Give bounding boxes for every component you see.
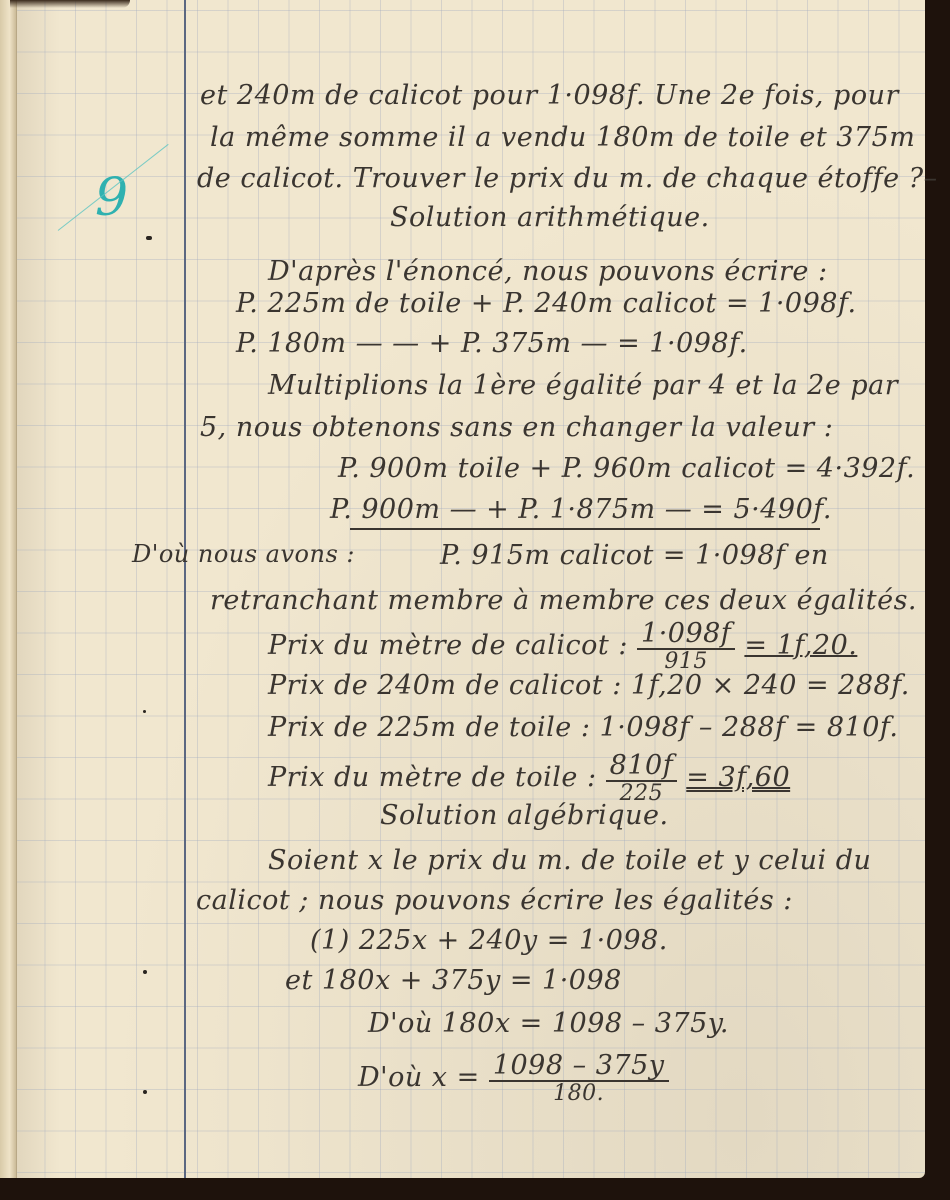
fraction: 1098 – 375y 180. — [489, 1052, 669, 1105]
step-expression: 1f,20 × 240 = 288f. — [631, 670, 910, 701]
ink-spot — [143, 1090, 147, 1094]
fraction-numerator: 810f — [606, 752, 678, 782]
derivation-2: D'où x = 1098 – 375y 180. — [358, 1052, 669, 1105]
difference-equation: P. 915m calicot = 1·098f en — [440, 540, 829, 571]
section-title-algebraic: Solution algébrique. — [380, 800, 669, 831]
equation-1: P. 225m de toile + P. 240m calicot = 1·0… — [236, 288, 857, 319]
step-calicot-240: Prix de 240m de calicot : 1f,20 × 240 = … — [268, 670, 910, 701]
margin-line — [184, 0, 186, 1178]
step-label: Prix du mètre de calicot : — [268, 630, 628, 661]
step-calicot-meter: Prix du mètre de calicot : 1·098f 915 = … — [268, 620, 857, 673]
page-shadow — [10, 0, 130, 8]
subtraction-rule — [350, 528, 820, 530]
notebook-page: 9 et 240m de calicot pour 1·098f. Une 2e… — [0, 0, 925, 1178]
step-label: Prix du mètre de toile : — [268, 762, 597, 793]
multiplied-equation-1: P. 900m toile + P. 960m calicot = 4·392f… — [338, 453, 915, 484]
derivation-prefix: D'où x = — [358, 1062, 480, 1093]
algebraic-equation-2: et 180x + 375y = 1·098 — [285, 965, 622, 996]
ink-spot — [143, 970, 147, 974]
problem-line-3: de calicot. Trouver le prix du m. de cha… — [197, 163, 938, 194]
problem-line-1: et 240m de calicot pour 1·098f. Une 2e f… — [200, 80, 899, 111]
fraction-numerator: 1098 – 375y — [489, 1052, 669, 1082]
algebraic-intro-2: calicot ; nous pouvons écrire les égalit… — [196, 885, 793, 916]
step-label: Prix de 240m de calicot : — [268, 670, 622, 701]
algebraic-equation-1: (1) 225x + 240y = 1·098. — [310, 925, 668, 956]
multiplied-equation-2: P. 900m — + P. 1·875m — = 5·490f. — [330, 494, 832, 525]
step-result: = 3f,60 — [686, 762, 790, 793]
multiply-text-2: 5, nous obtenons sans en changer la vale… — [200, 412, 833, 443]
ink-spot — [143, 710, 146, 713]
step-result: = 1f,20. — [744, 630, 857, 661]
equation-2: P. 180m — — + P. 375m — = 1·098f. — [236, 328, 748, 359]
difference-label: D'où nous avons : — [132, 540, 355, 568]
step-toile-225: Prix de 225m de toile : 1·098f – 288f = … — [268, 712, 898, 743]
fraction: 810f 225 — [606, 752, 678, 805]
fraction-denominator: 180. — [489, 1082, 669, 1105]
difference-continuation: retranchant membre à membre ces deux éga… — [210, 585, 917, 616]
multiply-text-1: Multiplions la 1ère égalité par 4 et la … — [268, 370, 898, 401]
fraction: 1·098f 915 — [637, 620, 735, 673]
step-toile-meter: Prix du mètre de toile : 810f 225 = 3f,6… — [268, 752, 790, 805]
problem-line-2: la même somme il a vendu 180m de toile e… — [210, 122, 915, 153]
ink-spot — [146, 236, 152, 240]
derivation-1: D'où 180x = 1098 – 375y. — [368, 1008, 729, 1039]
algebraic-intro-1: Soient x le prix du m. de toile et y cel… — [268, 845, 871, 876]
section-title-arithmetic: Solution arithmétique. — [390, 202, 710, 233]
fraction-numerator: 1·098f — [637, 620, 735, 650]
step-label: Prix de 225m de toile : — [268, 712, 590, 743]
page-binding — [0, 0, 17, 1178]
step-expression: 1·098f – 288f = 810f. — [600, 712, 899, 743]
arithmetic-intro: D'après l'énoncé, nous pouvons écrire : — [268, 256, 828, 287]
